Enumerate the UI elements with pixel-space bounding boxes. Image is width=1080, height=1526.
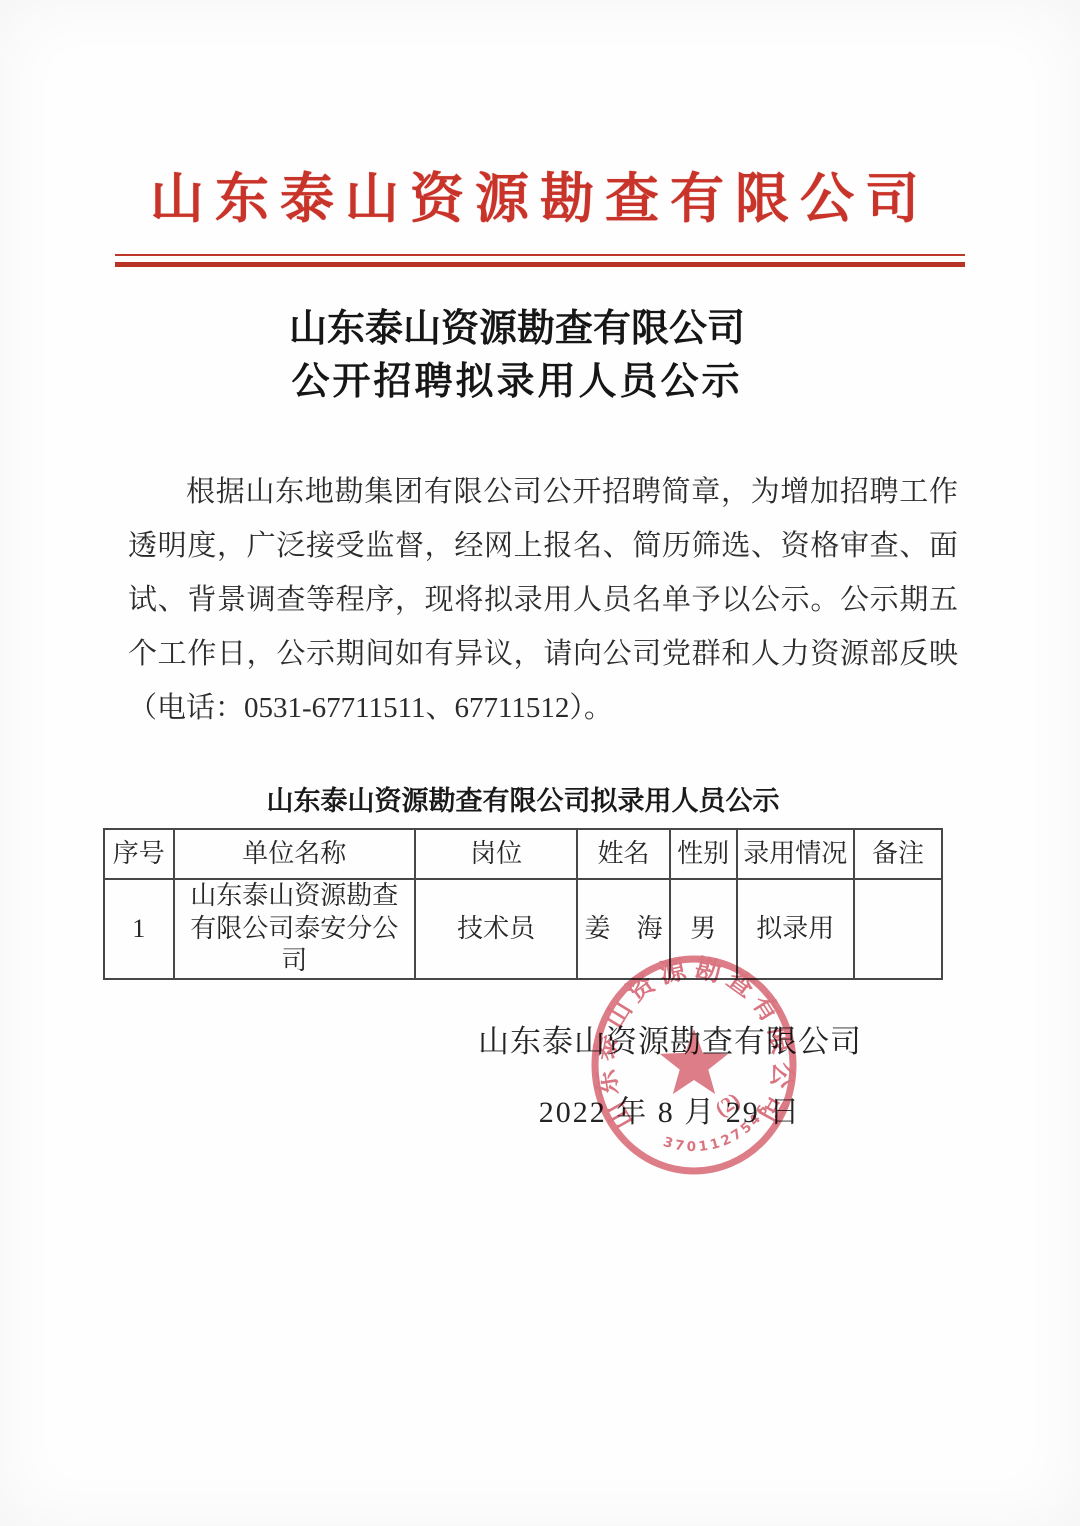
table-caption: 山东泰山资源勘查有限公司拟录用人员公示: [103, 779, 943, 818]
letterhead-company-name: 山东泰山资源勘查有限公司: [0, 0, 1080, 230]
col-header-remark: 备注: [854, 829, 942, 879]
cell-unit: 山东泰山资源勘查有限公司泰安分公司: [174, 879, 415, 979]
col-header-seq: 序号: [104, 829, 174, 879]
col-header-status: 录用情况: [737, 829, 854, 879]
col-header-unit: 单位名称: [174, 829, 415, 879]
cell-position: 技术员: [415, 879, 578, 979]
signature-company: 山东泰山资源勘查有限公司: [420, 1016, 920, 1061]
col-header-gender: 性别: [670, 829, 737, 879]
document-page: 山东泰山资源勘查有限公司 山东泰山资源勘查有限公司 公开招聘拟录用人员公示 根据…: [0, 0, 1080, 1526]
signature-block: 山东泰山资源勘查有限公司 2022 年 8 月 29 日: [420, 1016, 920, 1131]
document-title-line1: 山东泰山资源勘查有限公司: [0, 303, 1034, 356]
body-line-5: （电话：0531-67711511、67711512）。: [128, 681, 958, 735]
document-title: 山东泰山资源勘查有限公司 公开招聘拟录用人员公示: [0, 303, 1034, 409]
cell-seq: 1: [104, 879, 174, 979]
recruitment-table: 序号 单位名称 岗位 姓名 性别 录用情况 备注 1 山东泰山资源勘查有限公司泰…: [103, 828, 943, 980]
letterhead-rule-thick: [115, 262, 965, 267]
signature-date: 2022 年 8 月 29 日: [420, 1087, 920, 1131]
body-line-3: 试、背景调查等程序，现将拟录用人员名单予以公示。公示期五: [128, 573, 958, 627]
col-header-name: 姓名: [577, 829, 669, 879]
body-line-1: 根据山东地勘集团有限公司公开招聘简章，为增加招聘工作: [128, 465, 958, 519]
table-row: 1 山东泰山资源勘查有限公司泰安分公司 技术员 姜 海 男 拟录用: [104, 879, 942, 979]
body-line-4: 个工作日，公示期间如有异议，请向公司党群和人力资源部反映: [128, 627, 958, 681]
body-paragraph: 根据山东地勘集团有限公司公开招聘简章，为增加招聘工作 透明度，广泛接受监督，经网…: [128, 465, 958, 735]
table-header-row: 序号 单位名称 岗位 姓名 性别 录用情况 备注: [104, 829, 942, 879]
cell-gender: 男: [670, 879, 737, 979]
body-line-2: 透明度，广泛接受监督，经网上报名、简历筛选、资格审查、面: [128, 519, 958, 573]
cell-name: 姜 海: [577, 879, 669, 979]
cell-remark: [854, 879, 942, 979]
cell-status: 拟录用: [737, 879, 854, 979]
col-header-position: 岗位: [415, 829, 578, 879]
document-title-line2: 公开招聘拟录用人员公示: [0, 356, 1034, 409]
letterhead-rule-thin: [115, 254, 965, 256]
